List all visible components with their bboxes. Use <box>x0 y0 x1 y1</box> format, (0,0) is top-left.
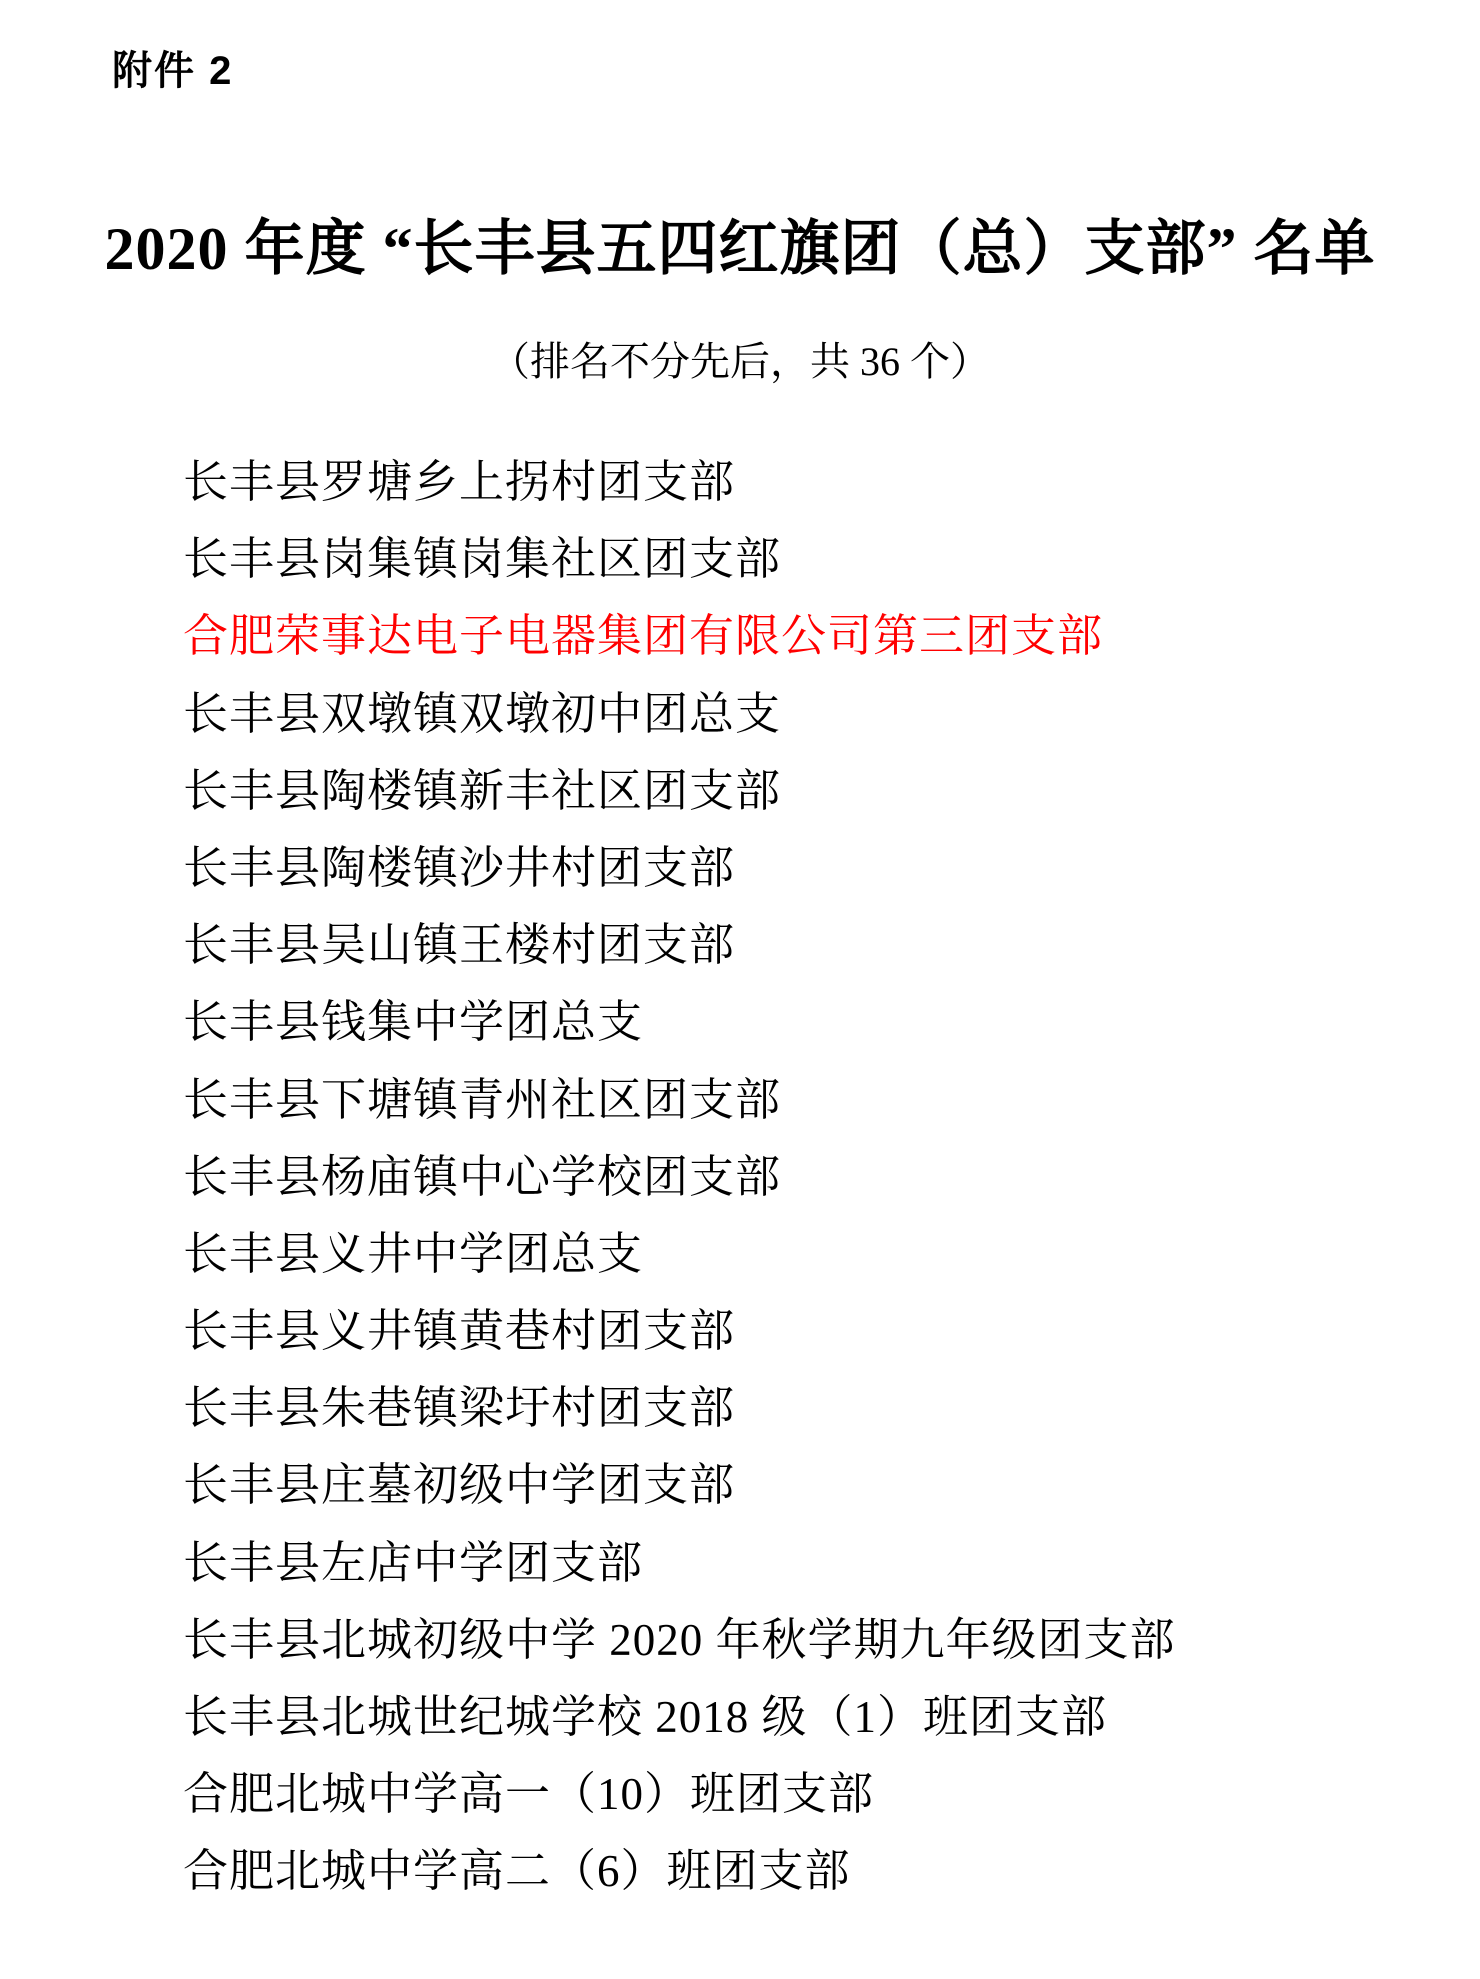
list-item: 合肥北城中学高一（10）班团支部 <box>183 1756 1420 1833</box>
list-item-highlighted: 合肥荣事达电子电器集团有限公司第三团支部 <box>183 598 1420 675</box>
list-item: 长丰县双墩镇双墩初中团总支 <box>183 676 1420 753</box>
list-item: 长丰县北城初级中学 2020 年秋学期九年级团支部 <box>183 1602 1420 1679</box>
list-item: 长丰县钱集中学团总支 <box>183 984 1420 1061</box>
list-item: 长丰县北城世纪城学校 2018 级（1）班团支部 <box>183 1679 1420 1756</box>
page-title: 2020 年度 “长丰县五四红旗团（总）支部” 名单 <box>0 203 1480 295</box>
list-item: 长丰县左店中学团支部 <box>183 1525 1420 1602</box>
award-list: 长丰县罗塘乡上拐村团支部 长丰县岗集镇岗集社区团支部 合肥荣事达电子电器集团有限… <box>183 444 1420 1911</box>
list-item: 长丰县陶楼镇新丰社区团支部 <box>183 753 1420 830</box>
list-item: 长丰县义井中学团总支 <box>183 1216 1420 1293</box>
list-item: 长丰县朱巷镇梁圩村团支部 <box>183 1370 1420 1447</box>
list-item: 长丰县陶楼镇沙井村团支部 <box>183 830 1420 907</box>
list-item: 长丰县岗集镇岗集社区团支部 <box>183 521 1420 598</box>
list-item: 合肥北城中学高二（6）班团支部 <box>183 1833 1420 1910</box>
list-item: 长丰县下塘镇青州社区团支部 <box>183 1062 1420 1139</box>
list-item: 长丰县杨庙镇中心学校团支部 <box>183 1139 1420 1216</box>
list-item: 长丰县庄墓初级中学团支部 <box>183 1447 1420 1524</box>
page-subtitle: （排名不分先后，共 36 个） <box>0 336 1480 388</box>
list-item: 长丰县吴山镇王楼村团支部 <box>183 907 1420 984</box>
attachment-label: 附件 2 <box>112 48 233 94</box>
document-page: 附件 2 2020 年度 “长丰县五四红旗团（总）支部” 名单 （排名不分先后，… <box>0 0 1480 1979</box>
list-item: 长丰县义井镇黄巷村团支部 <box>183 1293 1420 1370</box>
list-item: 长丰县罗塘乡上拐村团支部 <box>183 444 1420 521</box>
